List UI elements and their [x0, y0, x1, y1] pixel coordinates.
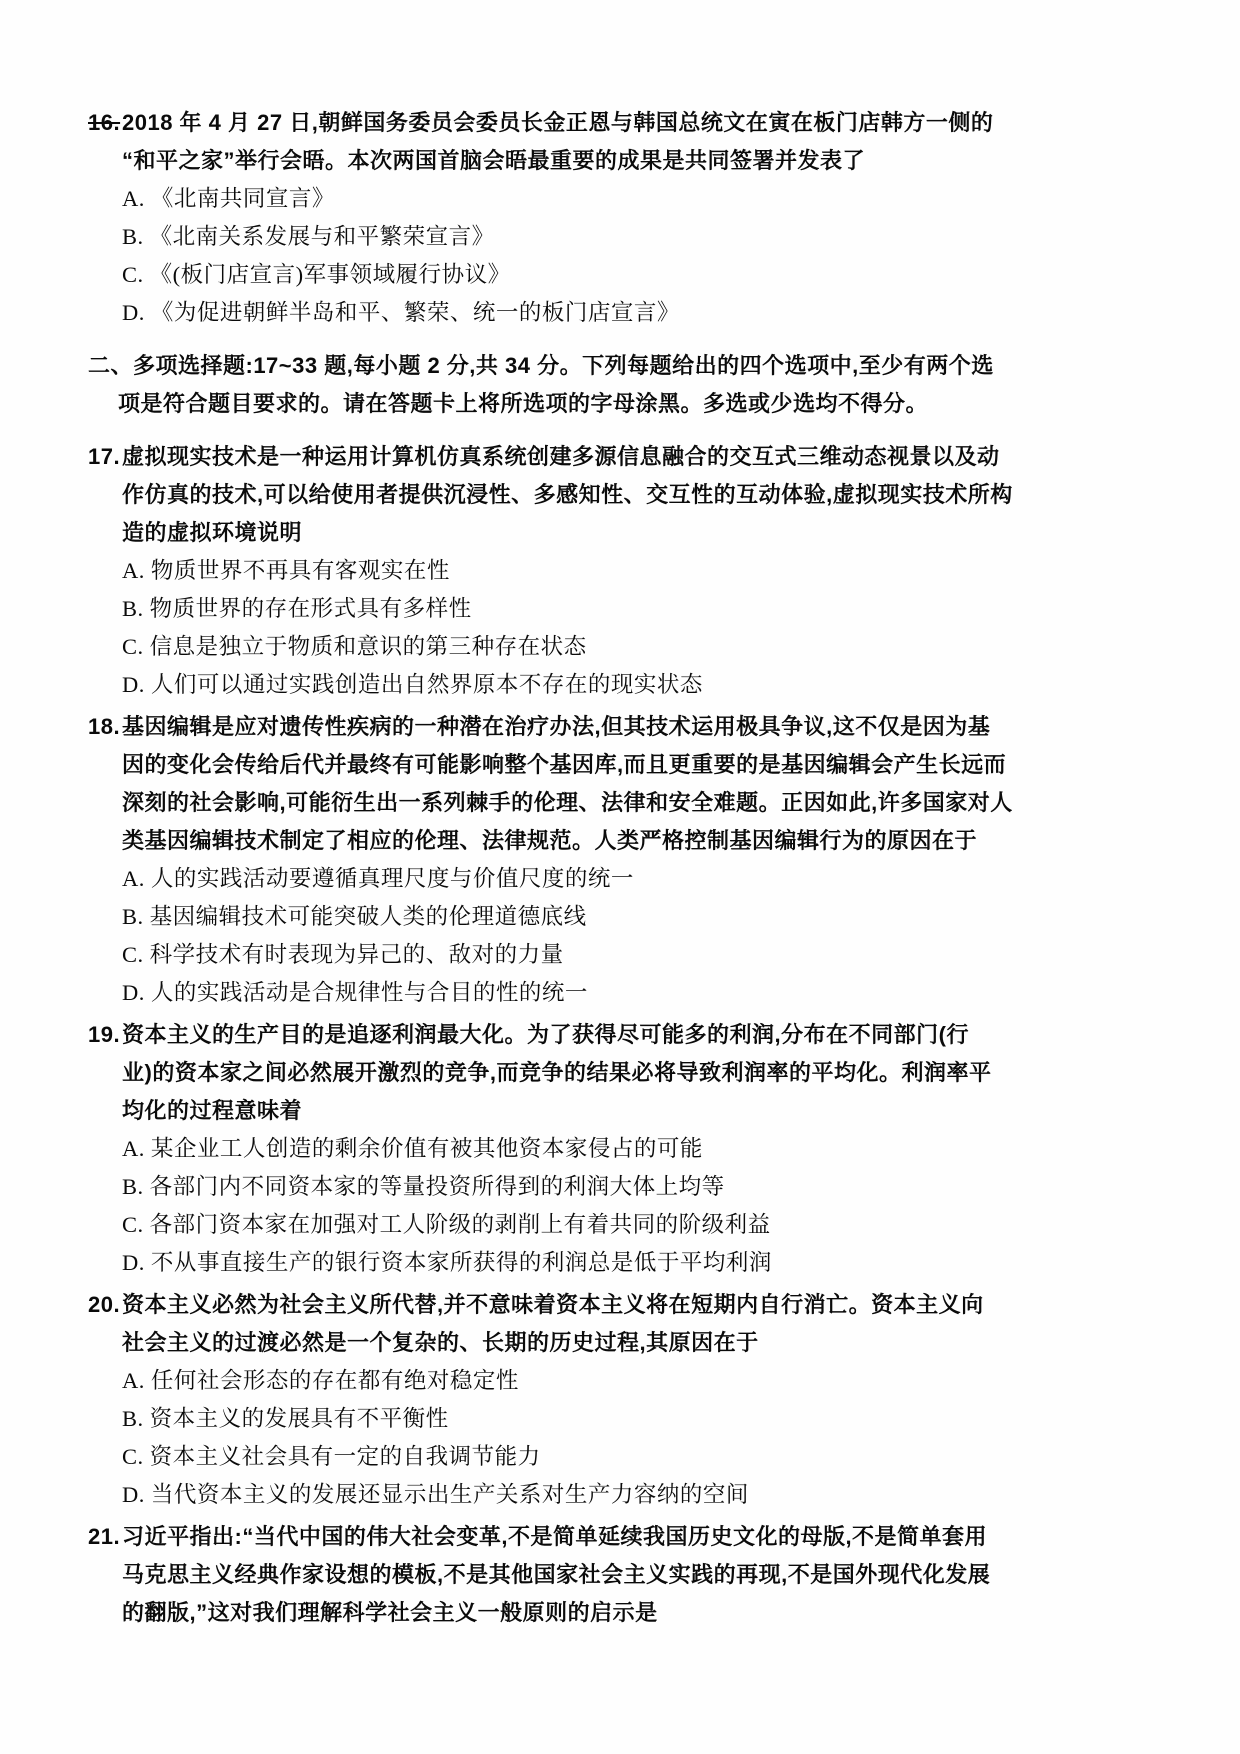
question-stem-line: 16.2018 年 4 月 27 日,朝鲜国务委员会委员长金正恩与韩国总统文在寅…	[88, 104, 1163, 142]
option-C: C.科学技术有时表现为异己的、敌对的力量	[88, 936, 1163, 974]
option-text: 科学技术有时表现为异己的、敌对的力量	[150, 942, 564, 967]
exam-content: 16.2018 年 4 月 27 日,朝鲜国务委员会委员长金正恩与韩国总统文在寅…	[88, 104, 1163, 1636]
option-label: A.	[122, 1136, 145, 1161]
option-text: 物质世界不再具有客观实在性	[151, 558, 450, 583]
option-text: 各部门资本家在加强对工人阶级的剥削上有着共同的阶级利益	[150, 1212, 771, 1237]
question-stem-line: 的翻版,”这对我们理解科学社会主义一般原则的启示是	[88, 1594, 1163, 1632]
question-stem-line: 17.虚拟现实技术是一种运用计算机仿真系统创建多源信息融合的交互式三维动态视景以…	[88, 438, 1163, 476]
option-text: 当代资本主义的发展还显示出生产关系对生产力容纳的空间	[151, 1482, 749, 1507]
option-label: C.	[122, 1444, 144, 1469]
section-header-line: 项是符合题目要求的。请在答题卡上将所选项的字母涂黑。多选或少选均不得分。	[88, 385, 1163, 423]
option-C: C.资本主义社会具有一定的自我调节能力	[88, 1438, 1163, 1476]
option-D: D.当代资本主义的发展还显示出生产关系对生产力容纳的空间	[88, 1476, 1163, 1514]
question-stem-text: 资本主义必然为社会主义所代替,并不意味着资本主义将在短期内自行消亡。资本主义向	[122, 1292, 984, 1317]
question-number: 19.	[88, 1016, 122, 1054]
question-20: 20.资本主义必然为社会主义所代替,并不意味着资本主义将在短期内自行消亡。资本主…	[88, 1286, 1163, 1514]
question-stem-line: 18.基因编辑是应对遗传性疾病的一种潜在治疗办法,但其技术运用极具争议,这不仅是…	[88, 708, 1163, 746]
option-D: D.不从事直接生产的银行资本家所获得的利润总是低于平均利润	[88, 1244, 1163, 1282]
option-A: A.物质世界不再具有客观实在性	[88, 552, 1163, 590]
question-stem-line: 因的变化会传给后代并最终有可能影响整个基因库,而且更重要的是基因编辑会产生长远而	[88, 746, 1163, 784]
option-D: D.人的实践活动是合规律性与合目的性的统一	[88, 974, 1163, 1012]
question-stem-line: 马克思主义经典作家设想的模板,不是其他国家社会主义实践的再现,不是国外现代化发展	[88, 1556, 1163, 1594]
question-stem-text: 习近平指出:“当代中国的伟大社会变革,不是简单延续我国历史文化的母版,不是简单套…	[122, 1524, 987, 1549]
option-label: D.	[122, 1250, 145, 1275]
section-header: 二、多项选择题:17~33 题,每小题 2 分,共 34 分。下列每题给出的四个…	[88, 347, 1163, 423]
question-stem-line: 社会主义的过渡必然是一个复杂的、长期的历史过程,其原因在于	[88, 1324, 1163, 1362]
option-text: 各部门内不同资本家的等量投资所得到的利润大体上均等	[150, 1174, 725, 1199]
option-text: 资本主义社会具有一定的自我调节能力	[150, 1444, 541, 1469]
option-A: A.某企业工人创造的剩余价值有被其他资本家侵占的可能	[88, 1130, 1163, 1168]
question-stem-line: 作仿真的技术,可以给使用者提供沉浸性、多感知性、交互性的互动体验,虚拟现实技术所…	[88, 476, 1163, 514]
question-number: 21.	[88, 1518, 122, 1556]
option-label: B.	[122, 596, 144, 621]
question-number: 17.	[88, 438, 122, 476]
option-text: 物质世界的存在形式具有多样性	[150, 596, 472, 621]
option-label: A.	[122, 186, 145, 211]
option-text: 人的实践活动要遵循真理尺度与价值尺度的统一	[151, 866, 634, 891]
question-stem-line: 均化的过程意味着	[88, 1092, 1163, 1130]
question-stem-line: 20.资本主义必然为社会主义所代替,并不意味着资本主义将在短期内自行消亡。资本主…	[88, 1286, 1163, 1324]
option-text: 某企业工人创造的剩余价值有被其他资本家侵占的可能	[151, 1136, 703, 1161]
option-label: C.	[122, 942, 144, 967]
option-label: D.	[122, 300, 145, 325]
option-C: C.信息是独立于物质和意识的第三种存在状态	[88, 628, 1163, 666]
question-21: 21.习近平指出:“当代中国的伟大社会变革,不是简单延续我国历史文化的母版,不是…	[88, 1518, 1163, 1632]
option-label: A.	[122, 866, 145, 891]
option-B: B.《北南关系发展与和平繁荣宣言》	[88, 218, 1163, 256]
option-D: D.《为促进朝鲜半岛和平、繁荣、统一的板门店宣言》	[88, 294, 1163, 332]
option-A: A.人的实践活动要遵循真理尺度与价值尺度的统一	[88, 860, 1163, 898]
option-label: B.	[122, 224, 144, 249]
section-header-line: 二、多项选择题:17~33 题,每小题 2 分,共 34 分。下列每题给出的四个…	[88, 347, 1163, 385]
option-B: B.各部门内不同资本家的等量投资所得到的利润大体上均等	[88, 1168, 1163, 1206]
option-text: 信息是独立于物质和意识的第三种存在状态	[150, 634, 587, 659]
option-text: 人的实践活动是合规律性与合目的性的统一	[151, 980, 588, 1005]
question-number: 18.	[88, 708, 122, 746]
option-B: B.基因编辑技术可能突破人类的伦理道德底线	[88, 898, 1163, 936]
option-B: B.资本主义的发展具有不平衡性	[88, 1400, 1163, 1438]
option-label: C.	[122, 634, 144, 659]
question-17: 17.虚拟现实技术是一种运用计算机仿真系统创建多源信息融合的交互式三维动态视景以…	[88, 438, 1163, 704]
question-stem-text: 资本主义的生产目的是追逐利润最大化。为了获得尽可能多的利润,分布在不同部门(行	[122, 1022, 969, 1047]
option-text: 不从事直接生产的银行资本家所获得的利润总是低于平均利润	[151, 1250, 772, 1275]
option-C: C.《(板门店宣言)军事领域履行协议》	[88, 256, 1163, 294]
option-text: 任何社会形态的存在都有绝对稳定性	[151, 1368, 519, 1393]
option-A: A.任何社会形态的存在都有绝对稳定性	[88, 1362, 1163, 1400]
option-label: B.	[122, 1406, 144, 1431]
option-D: D.人们可以通过实践创造出自然界原本不存在的现实状态	[88, 666, 1163, 704]
option-A: A.《北南共同宣言》	[88, 180, 1163, 218]
question-stem-line: 19.资本主义的生产目的是追逐利润最大化。为了获得尽可能多的利润,分布在不同部门…	[88, 1016, 1163, 1054]
question-stem-line: 造的虚拟环境说明	[88, 514, 1163, 552]
option-label: B.	[122, 1174, 144, 1199]
question-stem-text: 2018 年 4 月 27 日,朝鲜国务委员会委员长金正恩与韩国总统文在寅在板门…	[122, 110, 993, 135]
option-label: A.	[122, 558, 145, 583]
question-number: 20.	[88, 1286, 122, 1324]
question-19: 19.资本主义的生产目的是追逐利润最大化。为了获得尽可能多的利润,分布在不同部门…	[88, 1016, 1163, 1282]
option-text: 资本主义的发展具有不平衡性	[150, 1406, 449, 1431]
option-label: A.	[122, 1368, 145, 1393]
question-stem-line: 业)的资本家之间必然展开激烈的竞争,而竞争的结果必将导致利润率的平均化。利润率平	[88, 1054, 1163, 1092]
question-18: 18.基因编辑是应对遗传性疾病的一种潜在治疗办法,但其技术运用极具争议,这不仅是…	[88, 708, 1163, 1012]
question-16: 16.2018 年 4 月 27 日,朝鲜国务委员会委员长金正恩与韩国总统文在寅…	[88, 104, 1163, 332]
option-text: 基因编辑技术可能突破人类的伦理道德底线	[150, 904, 587, 929]
option-label: D.	[122, 980, 145, 1005]
question-stem-text: 基因编辑是应对遗传性疾病的一种潜在治疗办法,但其技术运用极具争议,这不仅是因为基	[122, 714, 990, 739]
option-text: 《为促进朝鲜半岛和平、繁荣、统一的板门店宣言》	[151, 300, 680, 325]
option-label: B.	[122, 904, 144, 929]
option-C: C.各部门资本家在加强对工人阶级的剥削上有着共同的阶级利益	[88, 1206, 1163, 1244]
question-stem-line: “和平之家”举行会晤。本次两国首脑会晤最重要的成果是共同签署并发表了	[88, 142, 1163, 180]
question-number: 16.	[88, 104, 122, 142]
option-label: C.	[122, 1212, 144, 1237]
exam-page: 16.2018 年 4 月 27 日,朝鲜国务委员会委员长金正恩与韩国总统文在寅…	[0, 0, 1240, 1754]
question-stem-line: 类基因编辑技术制定了相应的伦理、法律规范。人类严格控制基因编辑行为的原因在于	[88, 822, 1163, 860]
option-text: 《北南关系发展与和平繁荣宣言》	[150, 224, 495, 249]
option-label: D.	[122, 1482, 145, 1507]
option-label: D.	[122, 672, 145, 697]
option-text: 《北南共同宣言》	[151, 186, 335, 211]
question-stem-line: 深刻的社会影响,可能衍生出一系列棘手的伦理、法律和安全难题。正因如此,许多国家对…	[88, 784, 1163, 822]
option-label: C.	[122, 262, 144, 287]
option-B: B.物质世界的存在形式具有多样性	[88, 590, 1163, 628]
question-stem-text: 虚拟现实技术是一种运用计算机仿真系统创建多源信息融合的交互式三维动态视景以及动	[122, 444, 1000, 469]
question-stem-line: 21.习近平指出:“当代中国的伟大社会变革,不是简单延续我国历史文化的母版,不是…	[88, 1518, 1163, 1556]
option-text: 《(板门店宣言)军事领域履行协议》	[150, 262, 511, 287]
option-text: 人们可以通过实践创造出自然界原本不存在的现实状态	[151, 672, 703, 697]
